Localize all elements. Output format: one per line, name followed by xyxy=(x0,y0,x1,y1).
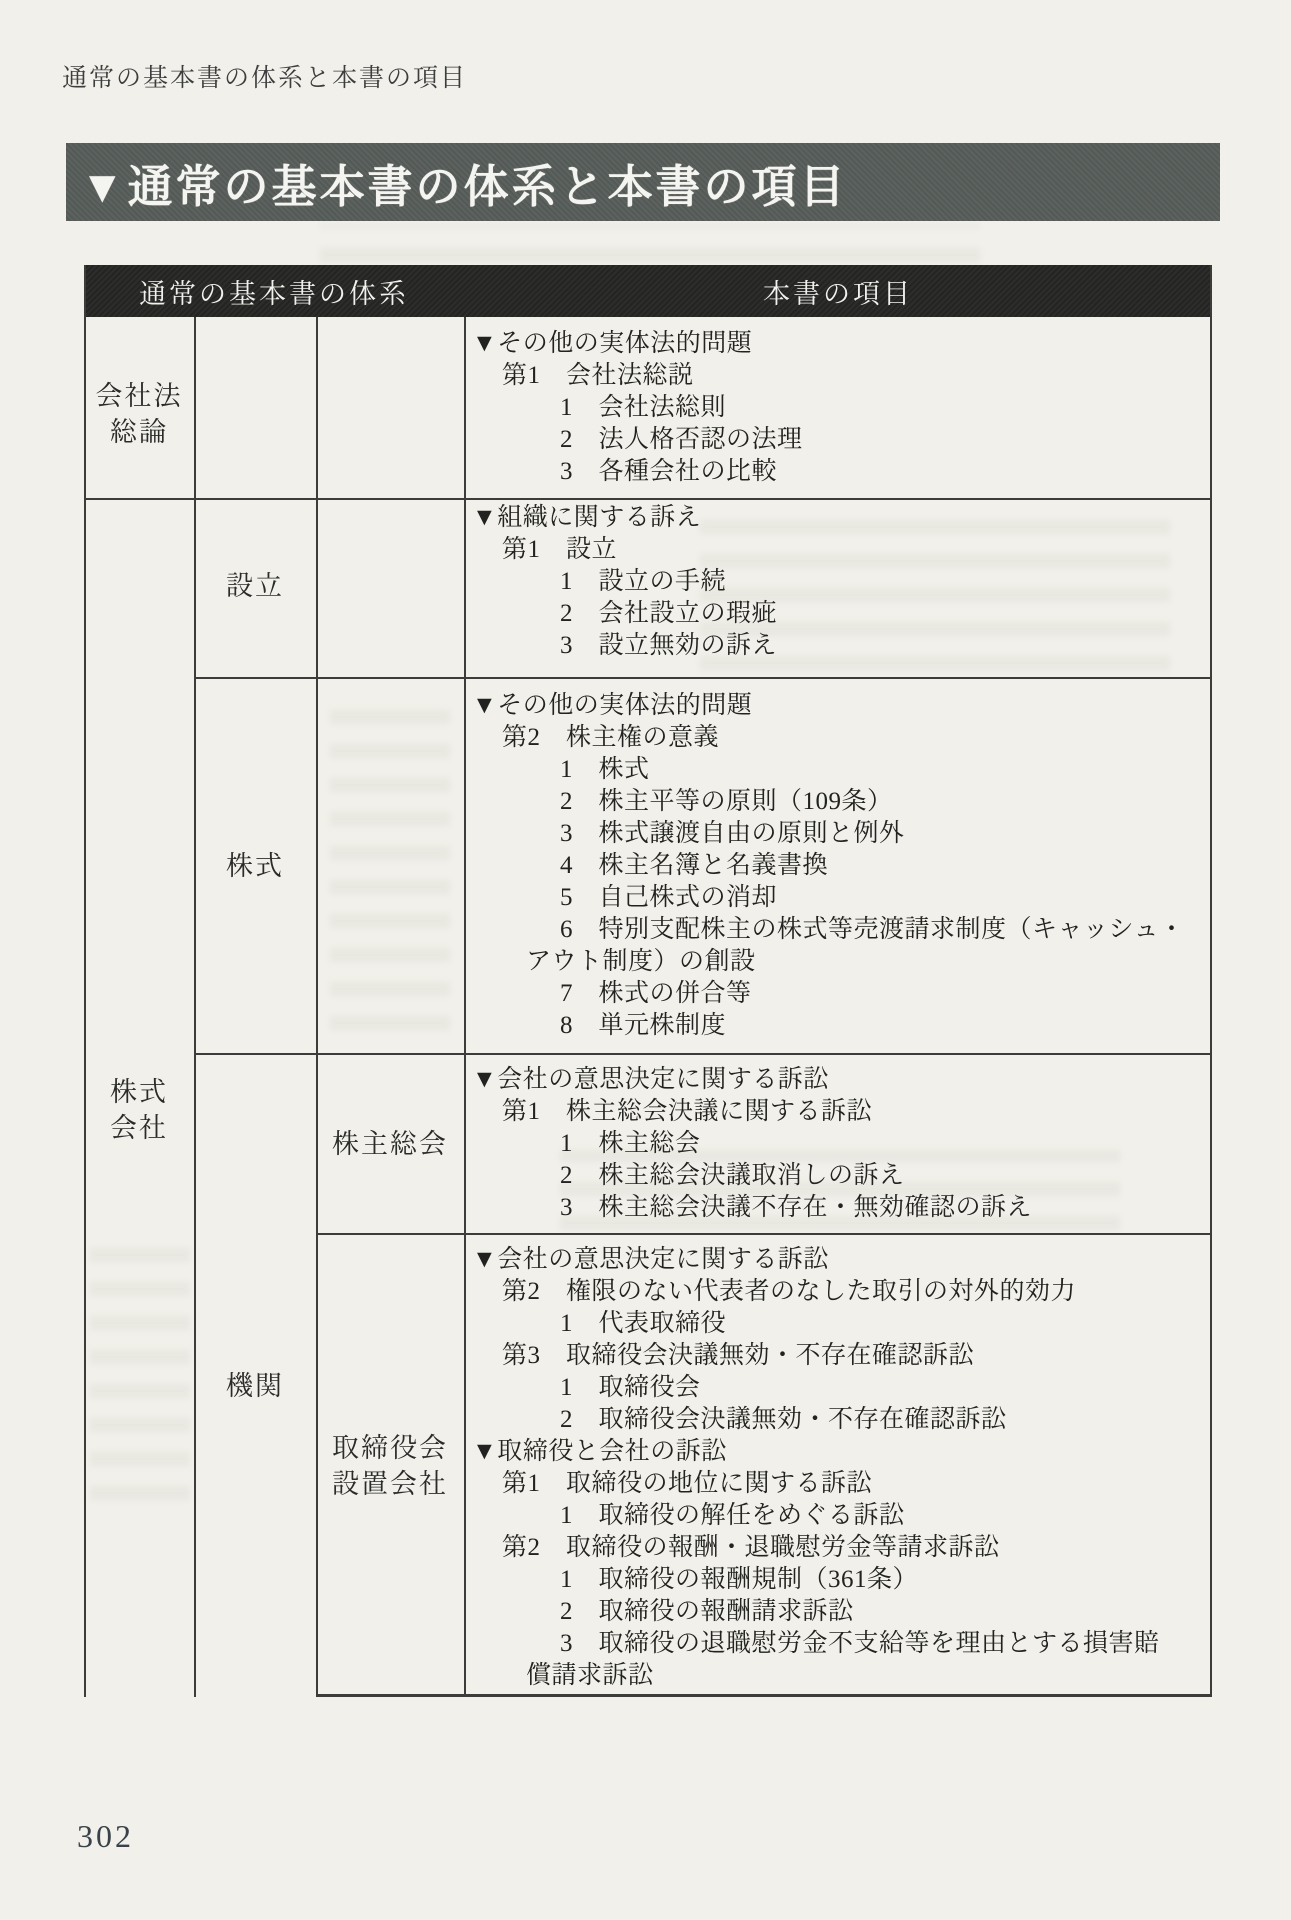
row-label-line: 会社法 xyxy=(84,378,194,414)
content-cell-kabunushi-soukai: ▼会社の意思決定に関する訴訟第1 株主総会決議に関する訴訟1 株主総会2 株主総… xyxy=(464,1064,1212,1224)
row-label-line: 会社 xyxy=(84,1110,194,1146)
content-line: 第1 設立 xyxy=(464,534,1212,566)
table-border xyxy=(316,1233,1212,1235)
content-line: アウト制度）の創設 xyxy=(464,946,1212,978)
table-header-row: 通常の基本書の体系 本書の項目 xyxy=(84,265,1212,317)
page-number: 302 xyxy=(77,1818,134,1855)
content-line: 1 会社法総則 xyxy=(464,392,1212,424)
content-line: 2 取締役の報酬請求訴訟 xyxy=(464,1596,1212,1628)
content-line: 1 代表取締役 xyxy=(464,1308,1212,1340)
scanned-book-page: 通常の基本書の体系と本書の項目 ▼通常の基本書の体系と本書の項目 通常の基本書の… xyxy=(0,0,1291,1920)
content-line: 償請求訴訟 xyxy=(464,1660,1212,1692)
row-label-line: 設置会社 xyxy=(316,1466,464,1502)
table-border xyxy=(316,1694,1212,1697)
content-line: 1 株式 xyxy=(464,754,1212,786)
content-line: 1 株主総会 xyxy=(464,1128,1212,1160)
content-line: 2 取締役会決議無効・不存在確認訴訟 xyxy=(464,1404,1212,1436)
content-line: 1 設立の手続 xyxy=(464,566,1212,598)
row-label-kabushiki-gaisha: 株式 会社 xyxy=(84,1074,194,1146)
content-cell-kaishahou-souron: ▼その他の実体法的問題第1 会社法総説1 会社法総則2 法人格否認の法理3 各種… xyxy=(464,328,1212,488)
content-cell-setsuritsu: ▼組織に関する訴え第1 設立1 設立の手続2 会社設立の瑕疵3 設立無効の訴え xyxy=(464,502,1212,662)
content-line: 8 単元株制度 xyxy=(464,1010,1212,1042)
table-border xyxy=(194,677,1212,679)
row-label-torishimariyakukai-secchi-gaisha: 取締役会 設置会社 xyxy=(316,1430,464,1502)
content-cell-kabushiki: ▼その他の実体法的問題第2 株主権の意義1 株式2 株主平等の原則（109条）3… xyxy=(464,690,1212,1042)
bleed-through-artifact xyxy=(320,224,980,262)
content-line: 第3 取締役会決議無効・不存在確認訴訟 xyxy=(464,1340,1212,1372)
row-label-setsuritsu: 設立 xyxy=(194,568,316,604)
content-line: 2 株主総会決議取消しの訴え xyxy=(464,1160,1212,1192)
content-line: 第1 取締役の地位に関する訴訟 xyxy=(464,1468,1212,1500)
content-line: 5 自己株式の消却 xyxy=(464,882,1212,914)
bleed-through-artifact xyxy=(330,700,450,1030)
row-label-line: 株式 xyxy=(84,1074,194,1110)
table-header-this-book: 本書の項目 xyxy=(464,265,1212,317)
row-label-line: 総論 xyxy=(84,414,194,450)
row-label-kabunushi-soukai: 株主総会 xyxy=(316,1126,464,1162)
row-label-kikan: 機関 xyxy=(194,1368,316,1404)
content-line: 第1 株主総会決議に関する訴訟 xyxy=(464,1096,1212,1128)
content-line: 6 特別支配株主の株式等売渡請求制度（キャッシュ・ xyxy=(464,914,1212,946)
content-line: 2 株主平等の原則（109条） xyxy=(464,786,1212,818)
content-line: 3 取締役の退職慰労金不支給等を理由とする損害賠 xyxy=(464,1628,1212,1660)
content-line: ▼組織に関する訴え xyxy=(464,502,1212,534)
section-banner: ▼通常の基本書の体系と本書の項目 xyxy=(66,143,1220,221)
content-line: ▼会社の意思決定に関する訴訟 xyxy=(464,1244,1212,1276)
content-line: 3 株式譲渡自由の原則と例外 xyxy=(464,818,1212,850)
running-head: 通常の基本書の体系と本書の項目 xyxy=(62,58,467,94)
table-border xyxy=(194,1053,1212,1055)
content-line: 7 株式の併合等 xyxy=(464,978,1212,1010)
table-border xyxy=(194,317,196,1697)
table-header-basic-books: 通常の基本書の体系 xyxy=(84,265,464,317)
content-line: 第1 会社法総説 xyxy=(464,360,1212,392)
row-label-kaishahou-souron: 会社法 総論 xyxy=(84,378,194,450)
content-line: 2 法人格否認の法理 xyxy=(464,424,1212,456)
content-line: 1 取締役の解任をめぐる訴訟 xyxy=(464,1500,1212,1532)
content-line: 1 取締役会 xyxy=(464,1372,1212,1404)
content-line: 第2 株主権の意義 xyxy=(464,722,1212,754)
section-banner-title: ▼通常の基本書の体系と本書の項目 xyxy=(80,150,848,215)
content-line: 2 会社設立の瑕疵 xyxy=(464,598,1212,630)
content-line: ▼取締役と会社の訴訟 xyxy=(464,1436,1212,1468)
content-line: 1 取締役の報酬規制（361条） xyxy=(464,1564,1212,1596)
row-label-kabushiki: 株式 xyxy=(194,848,316,884)
bleed-through-artifact xyxy=(90,1240,190,1500)
table-border xyxy=(84,265,86,1697)
content-line: 第2 取締役の報酬・退職慰労金等請求訴訟 xyxy=(464,1532,1212,1564)
content-line: 3 株主総会決議不存在・無効確認の訴え xyxy=(464,1192,1212,1224)
content-line: 3 設立無効の訴え xyxy=(464,630,1212,662)
content-line: ▼その他の実体法的問題 xyxy=(464,690,1212,722)
content-line: 4 株主名簿と名義書換 xyxy=(464,850,1212,882)
content-line: ▼その他の実体法的問題 xyxy=(464,328,1212,360)
table-border xyxy=(84,498,1212,500)
content-line: 3 各種会社の比較 xyxy=(464,456,1212,488)
content-cell-torishimariyakukai: ▼会社の意思決定に関する訴訟第2 権限のない代表者のなした取引の対外的効力1 代… xyxy=(464,1244,1212,1692)
content-line: 第2 権限のない代表者のなした取引の対外的効力 xyxy=(464,1276,1212,1308)
content-line: ▼会社の意思決定に関する訴訟 xyxy=(464,1064,1212,1096)
row-label-line: 取締役会 xyxy=(316,1430,464,1466)
